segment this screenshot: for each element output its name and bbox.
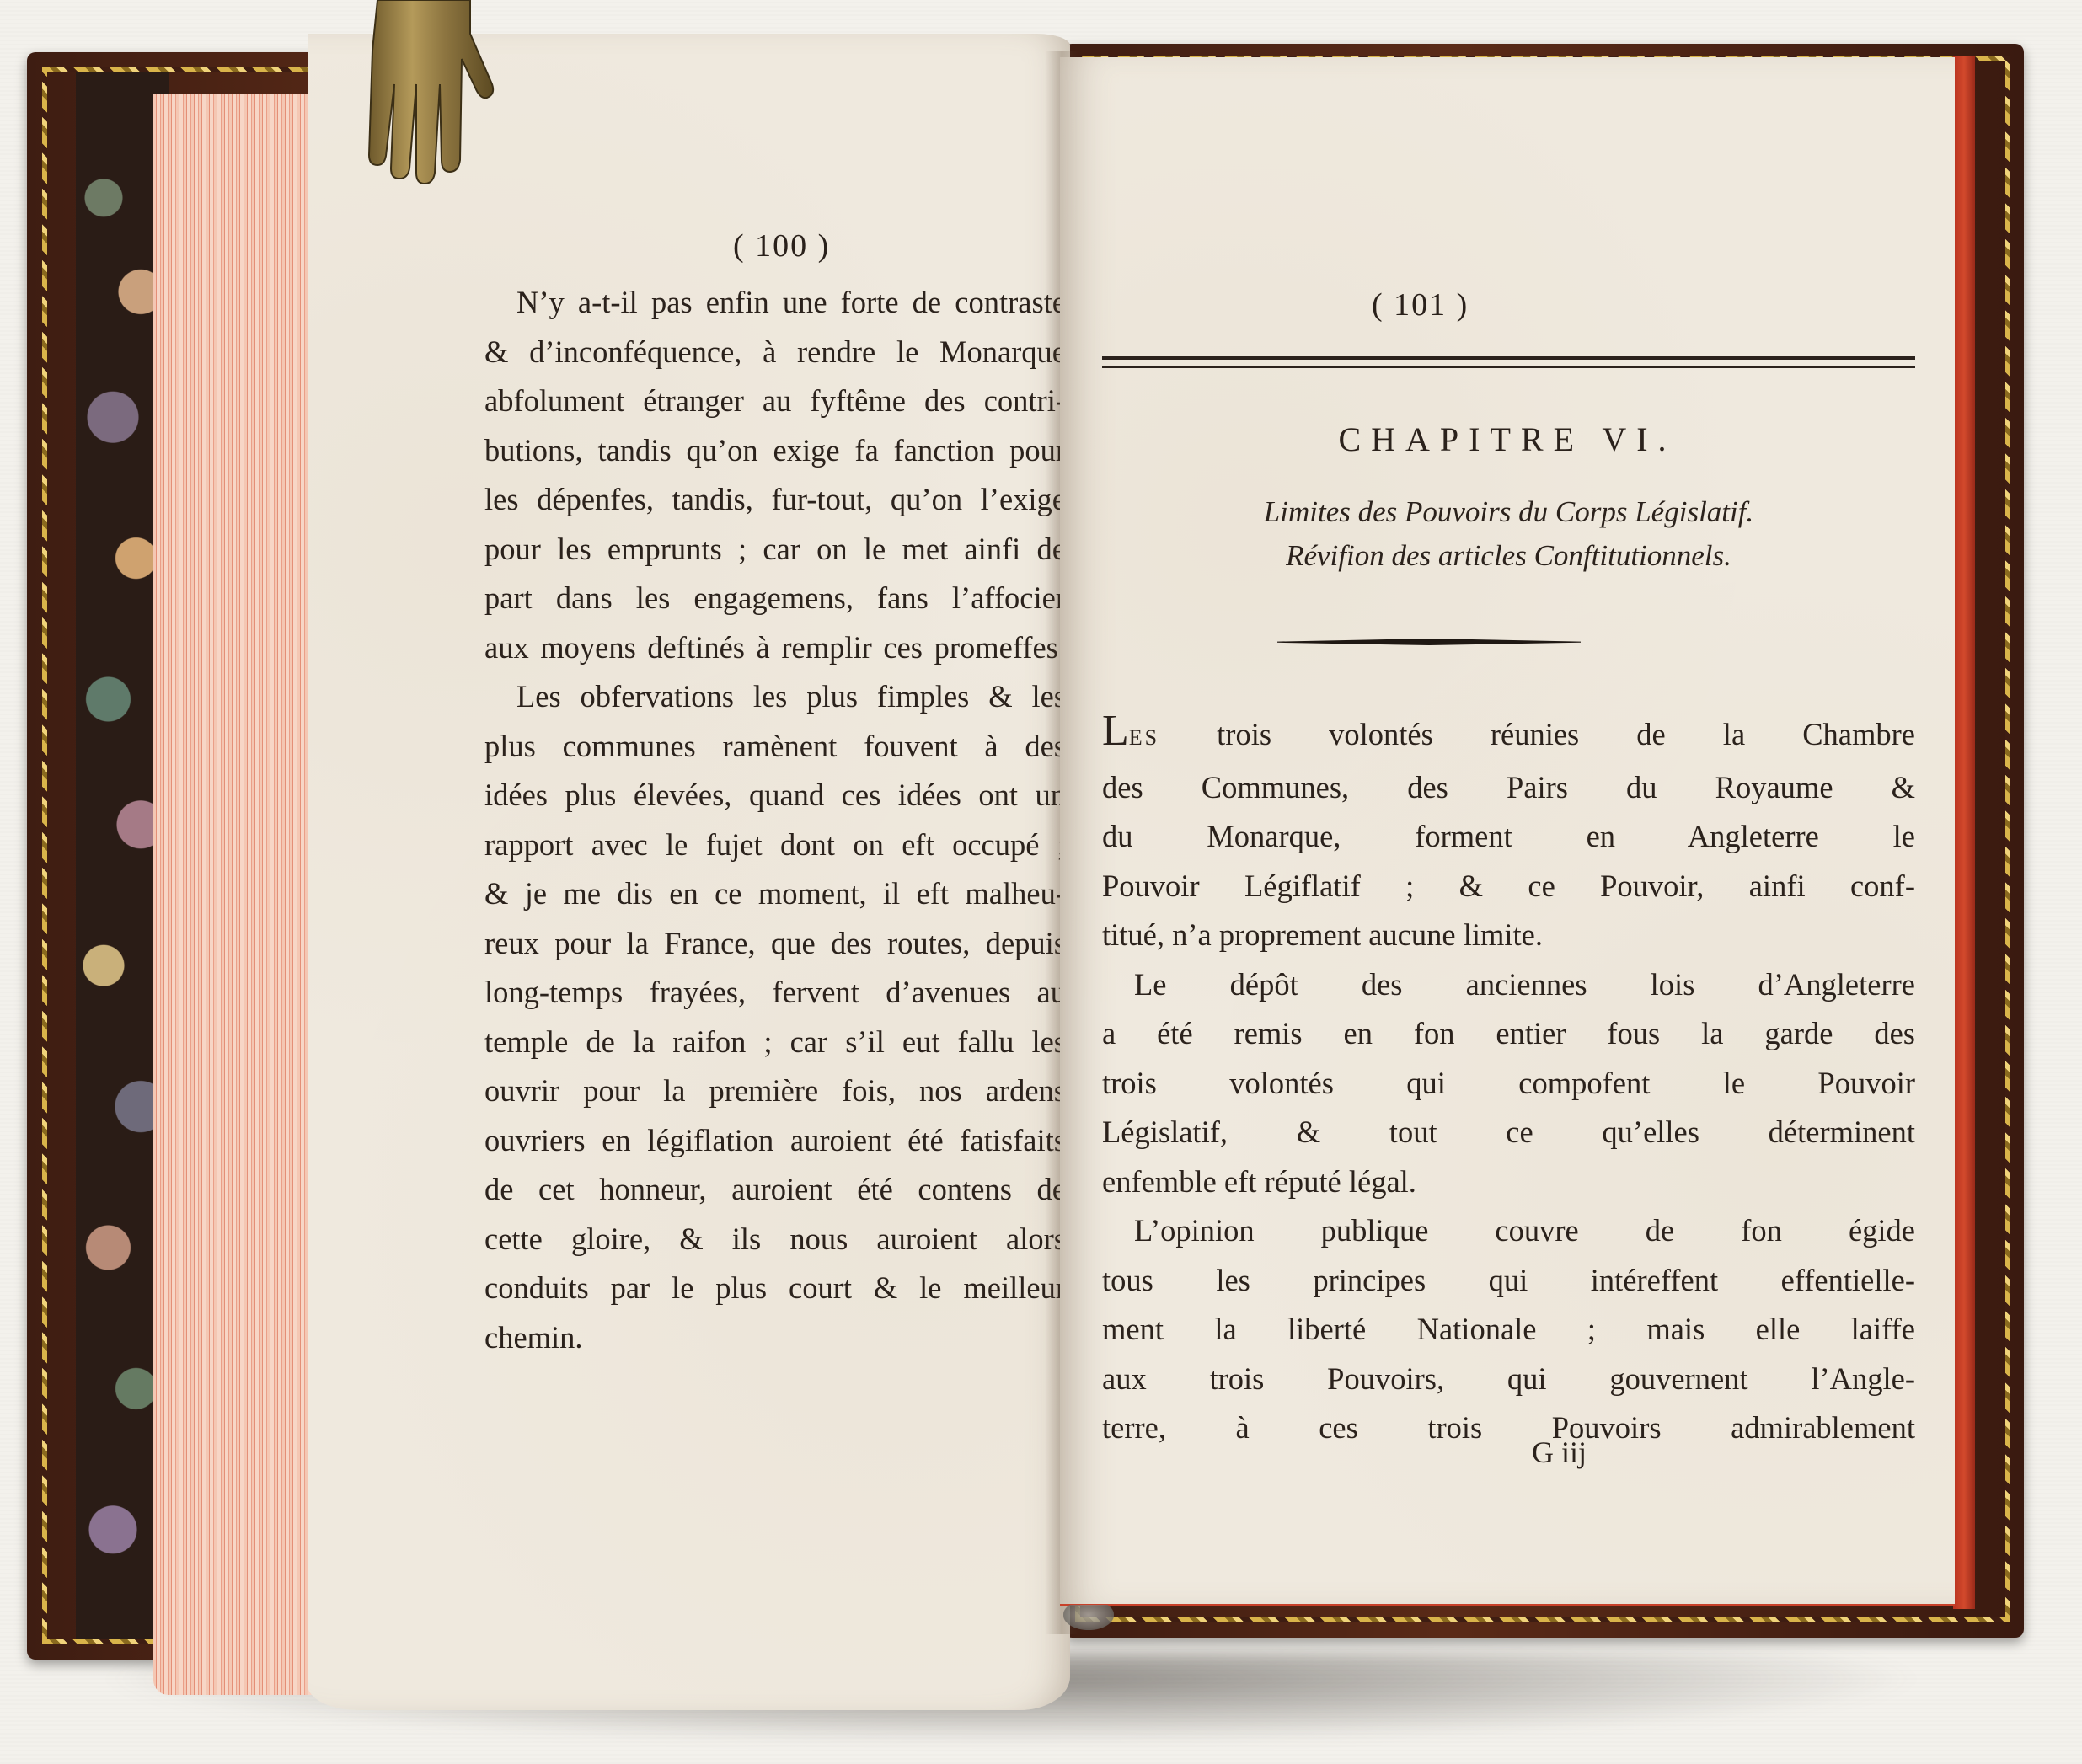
right-page: ( 101 ) CHAPITRE VI. Limites des Pouvoir…	[1060, 57, 1955, 1606]
text-line: aux trois Pouvoirs, qui gouvernent l’Ang…	[1102, 1355, 1915, 1404]
text-line: enfemble eft réputé légal.	[1102, 1157, 1915, 1207]
text-line: des Communes, des Pairs du Royaume &	[1102, 763, 1915, 813]
text-line: les dépenfes, tandis, fur-tout, qu’on l’…	[484, 475, 1066, 525]
text-line: part dans les engagemens, fans l’affocie…	[484, 574, 1066, 623]
text-line: Législatif, & tout ce qu’elles détermine…	[1102, 1108, 1915, 1157]
text-line: & d’inconféquence, à rendre le Monarque	[484, 328, 1066, 377]
text-line: L’opinion publique couvre de fon égide	[1102, 1206, 1915, 1256]
red-turn-in	[1953, 56, 1975, 1609]
page-fore-edge	[153, 94, 322, 1695]
text-line: abfolument étranger au fyftême des contr…	[484, 377, 1066, 426]
text-line-rest: trois volontés réunies de la Chambre	[1159, 717, 1915, 751]
text-line: Les obfervations les plus fimples & les	[484, 672, 1066, 722]
text-line: tous les principes qui intéreffent effen…	[1102, 1256, 1915, 1306]
text-line: cette gloire, & ils nous auroient alors	[484, 1215, 1066, 1264]
text-line: long-temps frayées, fervent d’avenues au	[484, 968, 1066, 1018]
hand-bookmark-icon	[344, 0, 512, 185]
tapered-rule-ornament	[1277, 639, 1581, 645]
headband	[1063, 1605, 1114, 1630]
text-line: ouvrir pour la première fois, nos ardens	[484, 1066, 1066, 1116]
text-line: terre, à ces trois Pouvoirs admirablemen…	[1102, 1403, 1915, 1453]
drop-cap: L	[1102, 707, 1129, 755]
text-line: aux moyens deftinés à remplir ces promef…	[484, 623, 1066, 673]
right-page-body: LES trois volontés réunies de la Chambre…	[1102, 710, 1915, 1453]
text-line: chemin.	[484, 1313, 1066, 1363]
text-line: idées plus élevées, quand ces idées ont …	[484, 771, 1066, 821]
text-line: Le dépôt des anciennes lois d’Angleterre	[1102, 960, 1915, 1010]
text-line: butions, tandis qu’on exige fa fanction …	[484, 426, 1066, 476]
text-line: plus communes ramènent fouvent à des	[484, 722, 1066, 772]
left-page-body: N’y a-t-il pas enfin une forte de contra…	[484, 278, 1066, 1362]
left-page: ( 100 ) N’y a-t-il pas enfin une forte d…	[308, 34, 1070, 1710]
left-page-number: ( 100 )	[733, 227, 830, 265]
text-line: trois volontés qui compofent le Pouvoir	[1102, 1059, 1915, 1109]
text-line: titué, n’a proprement aucune limite.	[1102, 911, 1915, 960]
text-line: pour les emprunts ; car on le met ainfi …	[484, 525, 1066, 575]
text-line: du Monarque, forment en Angleterre le	[1102, 812, 1915, 862]
signature-mark: G iij	[1532, 1435, 1587, 1470]
small-caps: ES	[1129, 725, 1159, 750]
text-line: rapport avec le fujet dont on eft occupé…	[484, 821, 1066, 870]
chapter-subtitle-line-1: Limites des Pouvoirs du Corps Législatif…	[1102, 495, 1915, 529]
text-line: conduits par le plus court & le meilleur	[484, 1264, 1066, 1313]
text-line: ouvriers en légiflation auroient été fat…	[484, 1116, 1066, 1166]
right-page-number: ( 101 )	[1372, 286, 1469, 323]
text-line: Pouvoir Légiflatif ; & ce Pouvoir, ainfi…	[1102, 862, 1915, 911]
text-line: ment la liberté Nationale ; mais elle la…	[1102, 1305, 1915, 1355]
chapter-subtitle-line-2: Révifion des articles Conftitutionnels.	[1102, 539, 1915, 573]
text-line: temple de la raifon ; car s’il eut fallu…	[484, 1018, 1066, 1067]
text-line: de cet honneur, auroient été contens de	[484, 1165, 1066, 1215]
double-rule-divider	[1102, 356, 1915, 368]
book-photo: ( 100 ) N’y a-t-il pas enfin une forte d…	[0, 0, 2082, 1764]
text-line: & je me dis en ce moment, il eft malheu-	[484, 869, 1066, 919]
text-line: N’y a-t-il pas enfin une forte de contra…	[484, 278, 1066, 328]
text-line: reux pour la France, que des routes, dep…	[484, 919, 1066, 969]
chapter-title: CHAPITRE VI.	[1060, 420, 1955, 459]
text-line: LES trois volontés réunies de la Chambre	[1102, 710, 1915, 763]
text-line: a été remis en fon entier fous la garde …	[1102, 1009, 1915, 1059]
